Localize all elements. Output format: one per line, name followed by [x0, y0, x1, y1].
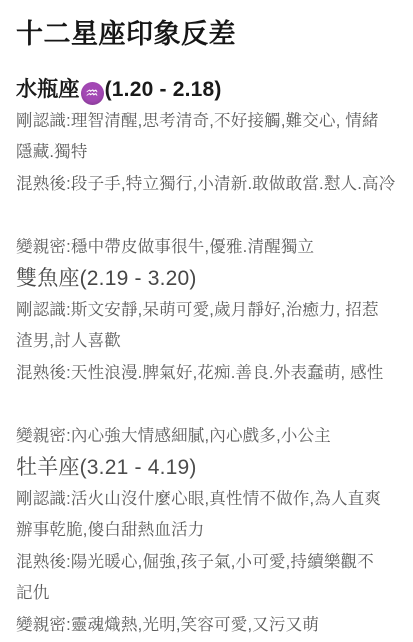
sign-dates: (2.19 - 3.20) — [80, 267, 197, 290]
sign-name: 水瓶座 — [16, 78, 80, 101]
aries-heading: 牡羊座(3.21 - 4.19) — [16, 452, 405, 484]
section-aries: 牡羊座(3.21 - 4.19) 剛認識:活火山沒什麼心眼,真性情不做作,為人直… — [16, 452, 405, 641]
section-aquarius: 水瓶座♒(1.20 - 2.18) 剛認識:理智清醒,思考清奇,不好接觸,難交心… — [16, 74, 405, 263]
paragraph-intimate: 變親密:靈魂熾熱,光明,笑容可愛,又污又萌 — [16, 610, 405, 642]
section-pisces: 雙魚座(2.19 - 3.20) 剛認識:斯文安靜,呆萌可愛,歲月靜好,治癒力,… — [16, 263, 405, 452]
paragraph-after-familiar: 混熟後:段子手,特立獨行,小清新.敢做敢當.懟人.高冷 — [16, 169, 405, 201]
sign-name: 雙魚座 — [16, 267, 80, 290]
paragraph-first-impression: 剛認識:理智清醒,思考清奇,不好接觸,難交心, 情緒 隱藏.獨特 — [16, 106, 405, 169]
sign-dates: (1.20 - 2.18) — [105, 78, 222, 101]
sign-dates: (3.21 - 4.19) — [80, 456, 197, 479]
sign-name: 牡羊座 — [16, 456, 80, 479]
pisces-heading: 雙魚座(2.19 - 3.20) — [16, 263, 405, 295]
paragraph-intimate: 變親密:穩中帶皮做事很牛,優雅.清醒獨立 — [16, 232, 405, 264]
paragraph-first-impression: 剛認識:活火山沒什麼心眼,真性情不做作,為人直爽 辦事乾脆,傻白甜熱血活力 — [16, 484, 405, 547]
aquarius-icon: ♒ — [81, 82, 104, 105]
paragraph-after-familiar: 混熟後:天性浪漫.脾氣好,花痴.善良.外表蠢萌, 感性 — [16, 358, 405, 390]
paragraph-after-familiar: 混熟後:陽光暖心,倔強,孩子氣,小可愛,持續樂觀不 記仇 — [16, 547, 405, 610]
paragraph-first-impression: 剛認識:斯文安靜,呆萌可愛,歲月靜好,治癒力, 招惹 渣男,討人喜歡 — [16, 295, 405, 358]
paragraph-intimate: 變親密:內心強大情感細膩,內心戲多,小公主 — [16, 421, 405, 453]
page-title: 十二星座印象反差 — [16, 18, 405, 50]
aquarius-heading: 水瓶座♒(1.20 - 2.18) — [16, 74, 405, 106]
